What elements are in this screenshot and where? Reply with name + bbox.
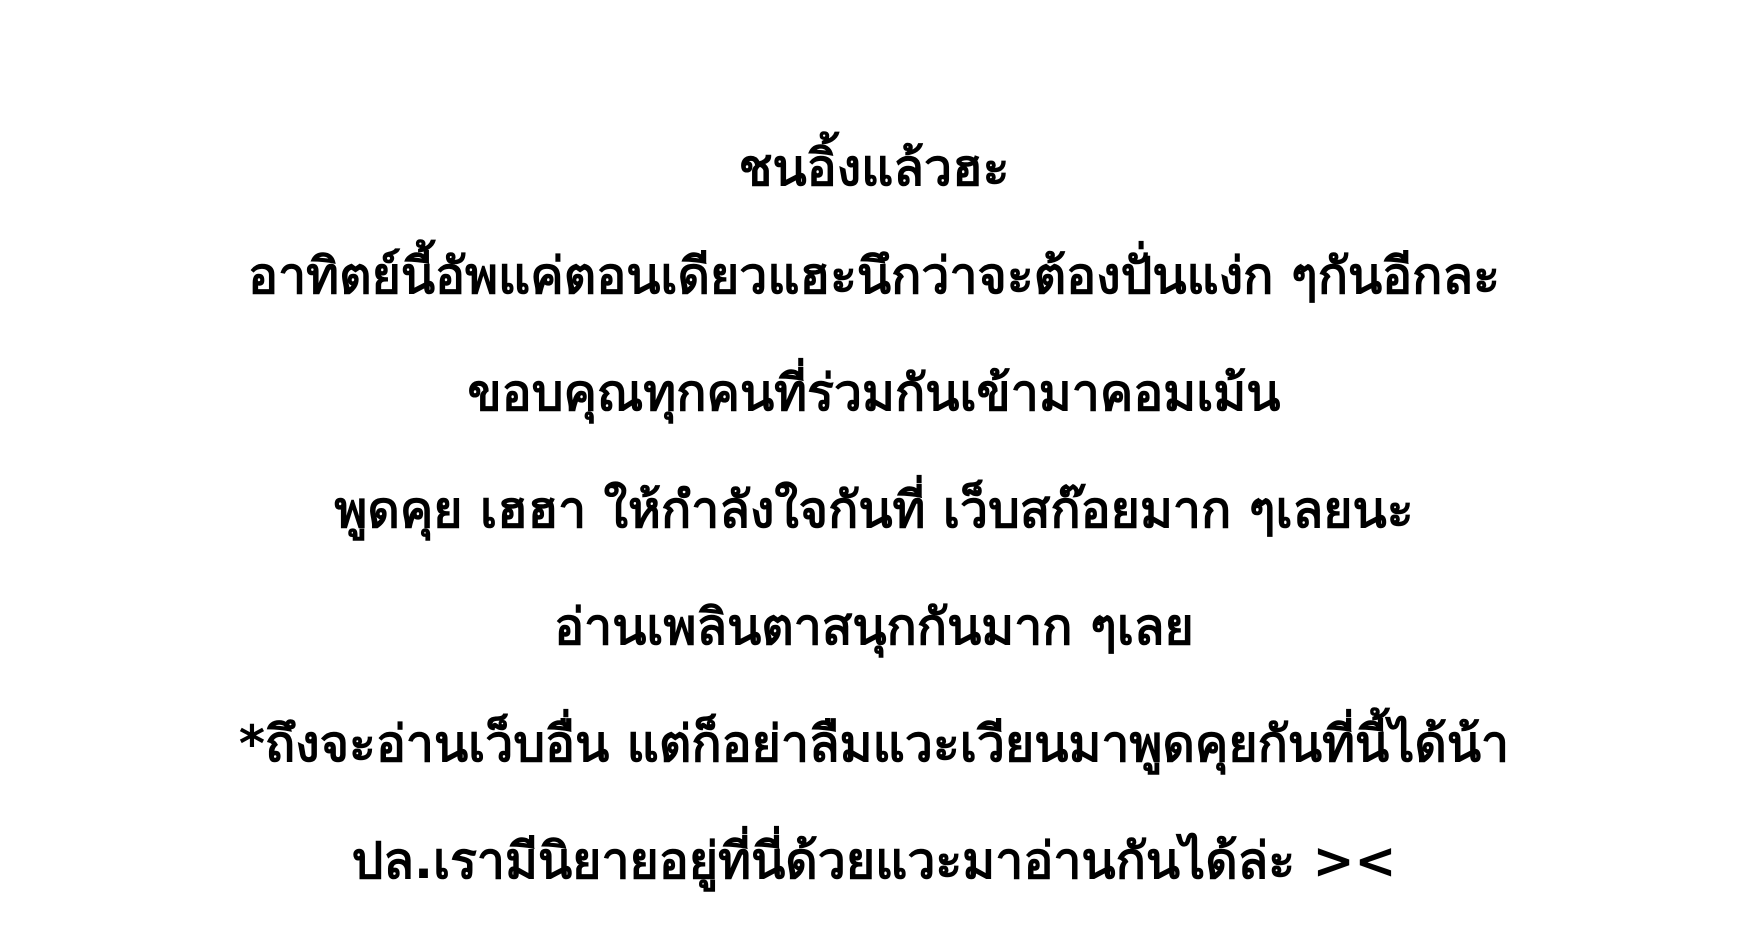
announcement-line-3: พูดคุย เฮฮา ให้กำลังใจกันที่ เว็บสก๊อยมา… xyxy=(0,452,1748,569)
announcement-line-4: อ่านเพลินตาสนุกกันมาก ๆเลย xyxy=(0,569,1748,686)
announcement-line-1: อาทิตย์นี้อัพแค่ตอนเดียวแฮะนึกว่าจะต้องป… xyxy=(0,218,1748,335)
announcement-title: ชนอิ้งแล้วฮะ xyxy=(0,118,1748,218)
announcement-line-5: *ถึงจะอ่านเว็บอื่น แต่ก็อย่าลืมแวะเวียนม… xyxy=(0,686,1748,803)
announcement-line-6: ปล.เรามีนิยายอยู่ที่นี่ด้วยแวะมาอ่านกันไ… xyxy=(0,803,1748,920)
announcement-line-2: ขอบคุณทุกคนที่ร่วมกันเข้ามาคอมเม้น xyxy=(0,335,1748,452)
announcement-text-block: ชนอิ้งแล้วฮะ อาทิตย์นี้อัพแค่ตอนเดียวแฮะ… xyxy=(0,118,1748,920)
